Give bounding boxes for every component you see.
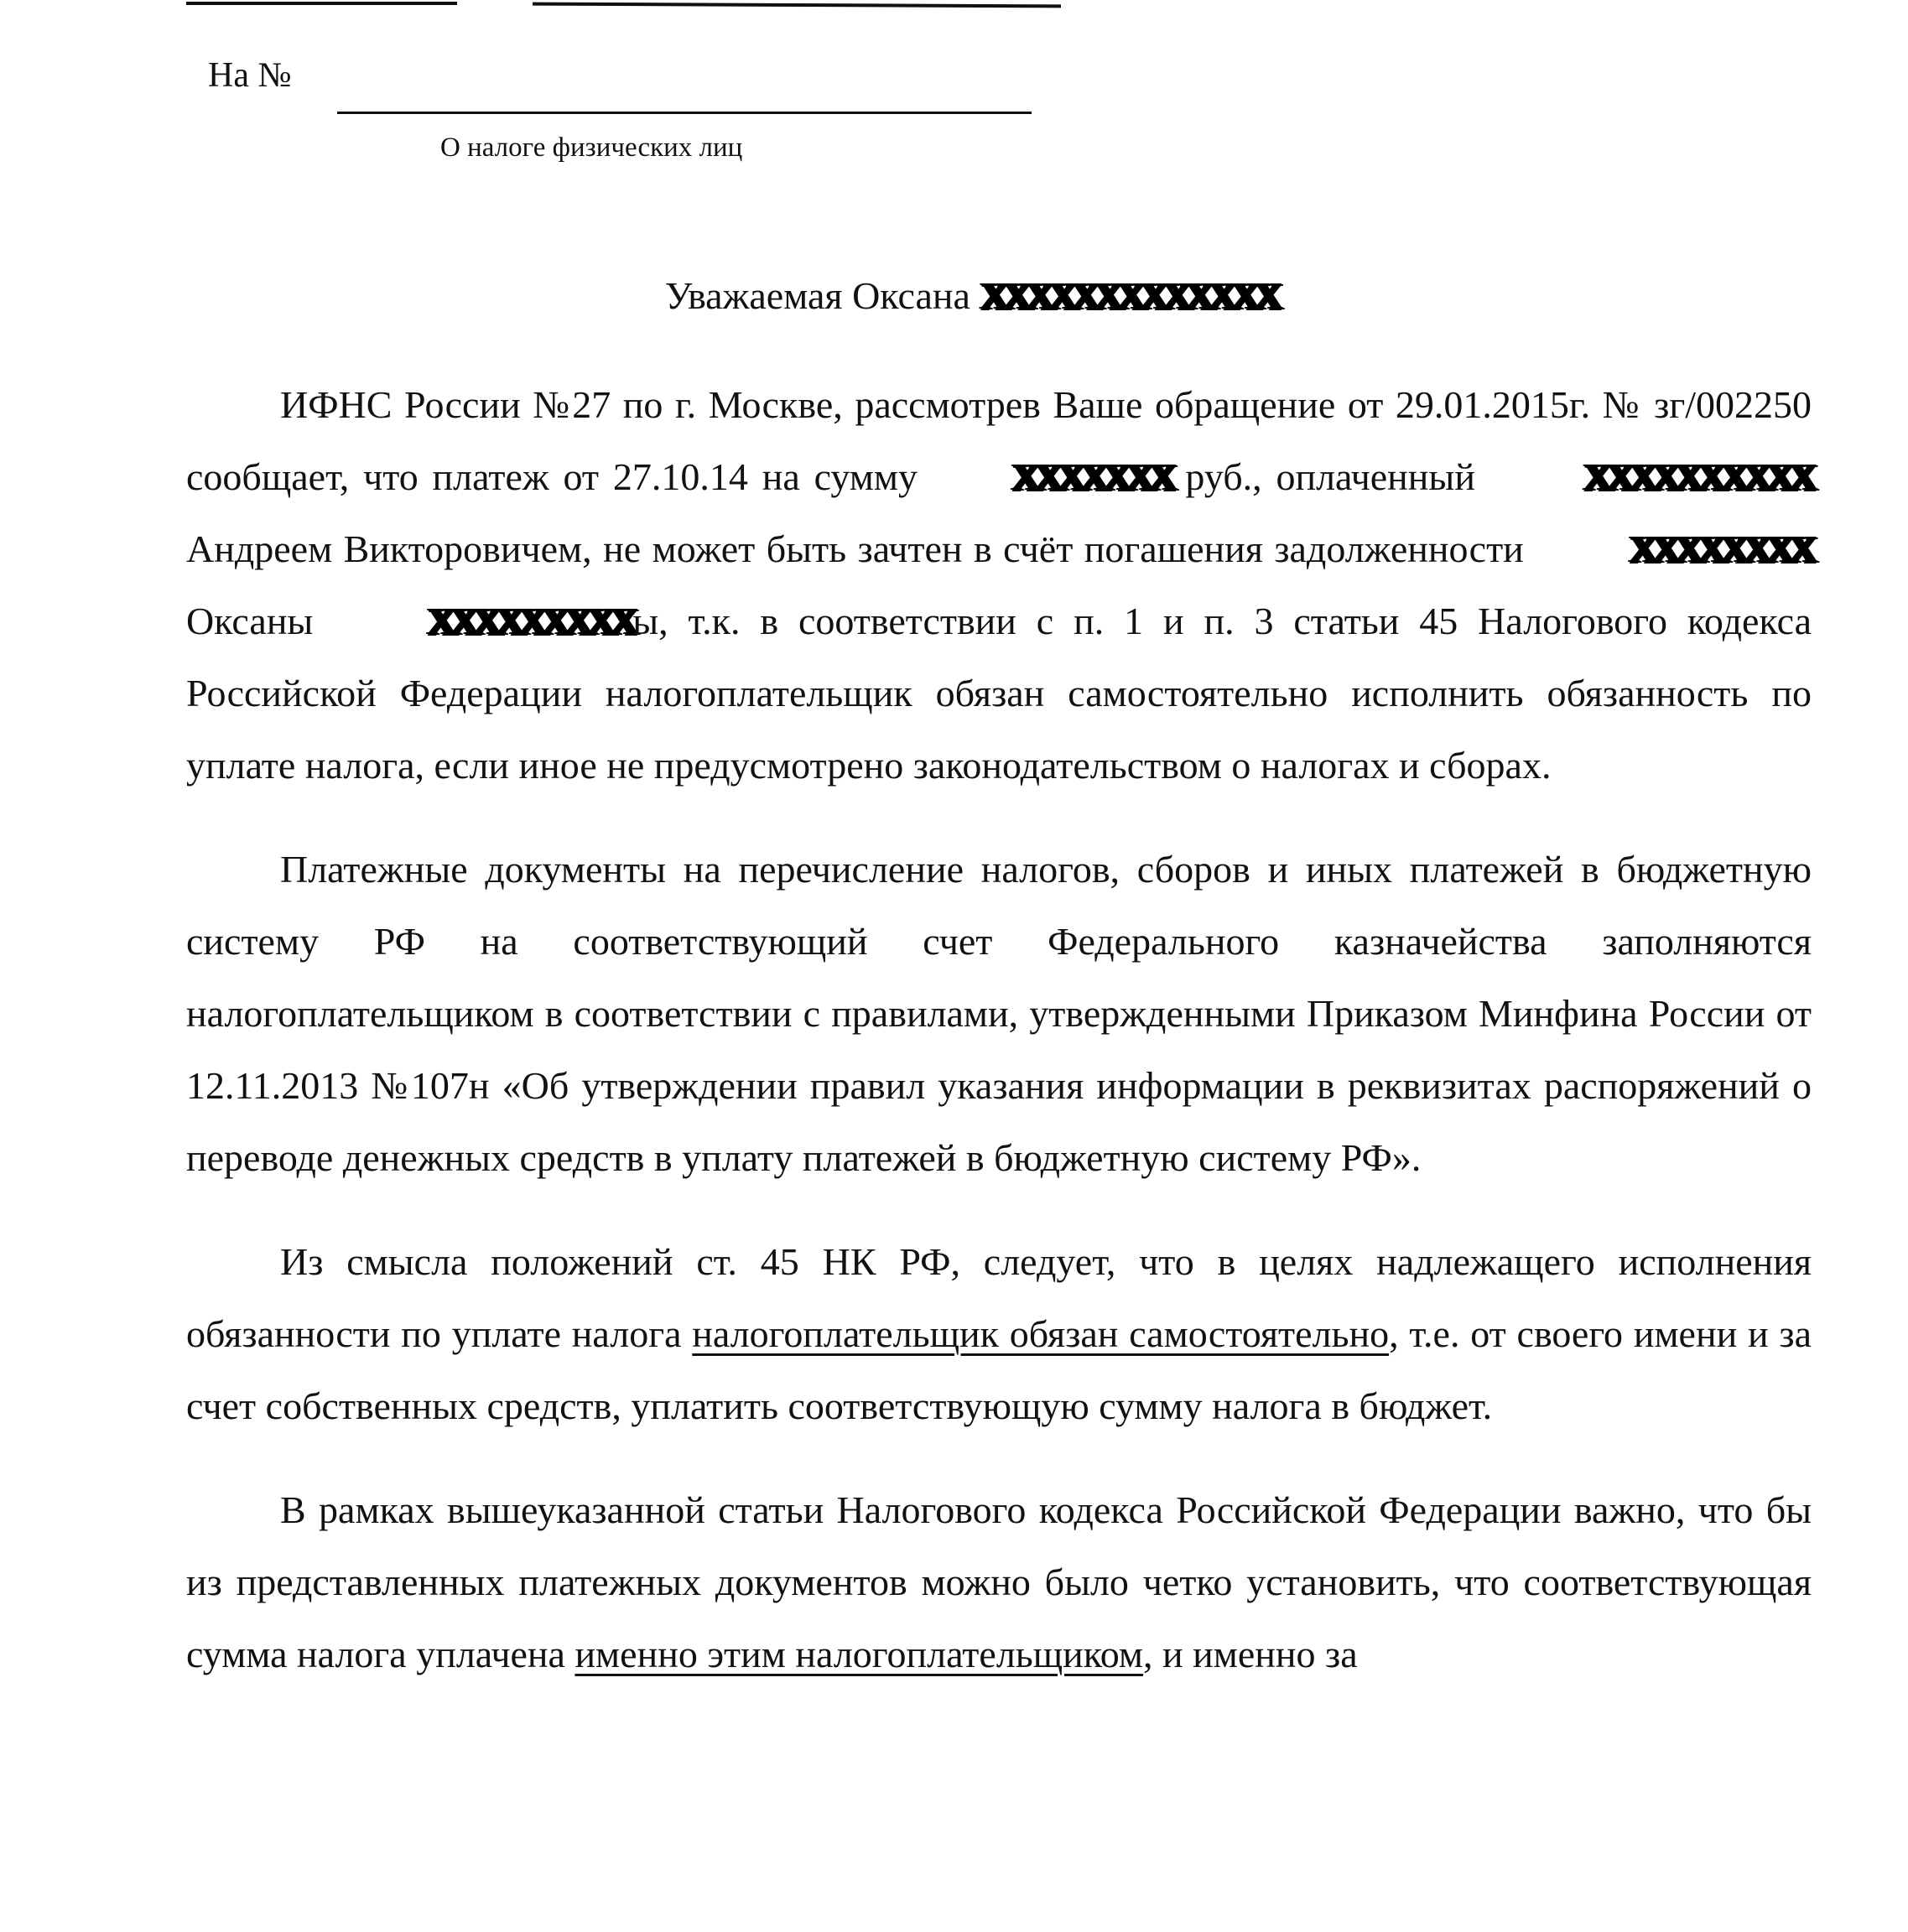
letter-subject: О налоге физических лиц [440,132,742,164]
greeting-prefix: Уважаемая Оксана [665,274,970,317]
redacted-text: XXXXXXXXX [333,585,632,657]
paragraph-text: , и именно за [1143,1633,1358,1675]
paragraph-3: Из смысла положений ст. 45 НК РФ, следуе… [186,1226,1812,1442]
underlined-emphasis: именно этим налогоплательщиком [574,1633,1143,1675]
underlined-emphasis: налогоплательщик обязан самостоятельно [692,1312,1389,1355]
redacted-text: XXXXXXXXXX [1489,441,1812,513]
paragraph-text: руб., оплаченный [1172,455,1489,498]
letterhead-rule-right [533,3,1061,8]
paragraph-text: Оксаны [186,600,333,642]
letter-body: ИФНС России №27 по г. Москве, рассмотрев… [186,369,1812,1722]
paragraph-text: Андреем Викторовичем, не может быть зачт… [186,527,1535,570]
reference-number-label: На № [208,55,292,96]
reference-number-blank-line [337,112,1032,114]
redacted-text: XXXXXXX [918,441,1172,513]
paragraph-text: Платежные документы на перечисление нало… [186,848,1812,1179]
redacted-text: XXXXXXXX [1535,513,1812,585]
greeting: Уважаемая Оксана XXXXXXXXXXXXX [0,273,1908,318]
paragraph-1: ИФНС России №27 по г. Москве, рассмотрев… [186,369,1812,802]
redacted-surname: XXXXXXXXXXXXX [980,273,1276,318]
letterhead-rule-left [186,2,457,5]
paragraph-4: В рамках вышеуказанной статьи Налогового… [186,1474,1812,1690]
paragraph-2: Платежные документы на перечисление нало… [186,834,1812,1194]
